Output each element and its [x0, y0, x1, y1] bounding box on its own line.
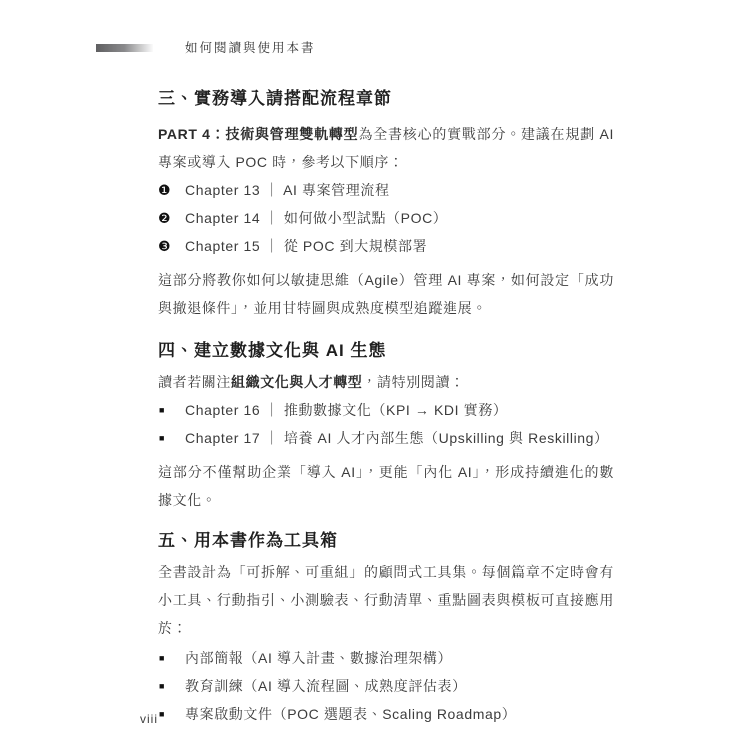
section-4-lead-rest: ，請特別閱讀： [362, 374, 464, 390]
gradient-bar-icon [96, 44, 153, 52]
square-bullet-icon: ■ [158, 402, 173, 418]
list-item-text: Chapter 15 ｜ 從 POC 到大規模部署 [185, 238, 427, 254]
list-item-text: Chapter 16 ｜ 推動數據文化（KPI → KDI 實務） [185, 402, 507, 418]
list-item: ■ 教育訓練（AI 導入流程圖、成熟度評估表） [158, 678, 614, 694]
running-head-title: 如何閱讀與使用本書 [185, 38, 316, 56]
list-item-text: Chapter 13 ｜ AI 專案管理流程 [185, 182, 390, 198]
square-bullet-icon: ■ [158, 430, 173, 446]
circled-three-icon: ❸ [158, 238, 173, 254]
book-page: 如何閱讀與使用本書 三、實務導入請搭配流程章節 PART 4：技術與管理雙軌轉型… [0, 0, 750, 750]
circled-one-icon: ❶ [158, 182, 173, 198]
section-4-lead: 讀者若關注組織文化與人才轉型，請特別閱讀： [158, 368, 614, 396]
page-content: 三、實務導入請搭配流程章節 PART 4：技術與管理雙軌轉型為全書核心的實戰部分… [158, 88, 614, 734]
section-4-chapter-list: ■ Chapter 16 ｜ 推動數據文化（KPI → KDI 實務） ■ Ch… [158, 402, 614, 446]
list-item-text: 專案啟動文件（POC 選題表、Scaling Roadmap） [185, 706, 516, 722]
running-head: 如何閱讀與使用本書 [96, 38, 316, 56]
section-3-heading: 三、實務導入請搭配流程章節 [158, 88, 614, 110]
list-item: ■ 內部簡報（AI 導入計畫、數據治理架構） [158, 650, 614, 666]
list-item: ■ Chapter 17 ｜ 培養 AI 人才內部生態（Upskilling 與… [158, 430, 614, 446]
section-3-lead: PART 4：技術與管理雙軌轉型為全書核心的實戰部分。建議在規劃 AI 專案或導… [158, 120, 614, 176]
list-item-text: Chapter 17 ｜ 培養 AI 人才內部生態（Upskilling 與 R… [185, 430, 609, 446]
section-5-lead: 全書設計為「可拆解、可重組」的顧問式工具集。每個篇章不定時會有小工具、行動指引、… [158, 558, 614, 642]
section-5-tool-list: ■ 內部簡報（AI 導入計畫、數據治理架構） ■ 教育訓練（AI 導入流程圖、成… [158, 650, 614, 722]
list-item-text: 內部簡報（AI 導入計畫、數據治理架構） [185, 650, 452, 666]
list-item-text: Chapter 14 ｜ 如何做小型試點（POC） [185, 210, 447, 226]
section-3-chapter-list: ❶ Chapter 13 ｜ AI 專案管理流程 ❷ Chapter 14 ｜ … [158, 182, 614, 254]
list-item: ❸ Chapter 15 ｜ 從 POC 到大規模部署 [158, 238, 614, 254]
page-number: viii [140, 712, 158, 726]
list-item: ❶ Chapter 13 ｜ AI 專案管理流程 [158, 182, 614, 198]
section-4-lead-pre: 讀者若關注 [158, 374, 231, 390]
list-item: ❷ Chapter 14 ｜ 如何做小型試點（POC） [158, 210, 614, 226]
square-bullet-icon: ■ [158, 678, 173, 694]
section-4-lead-bold: 組織文化與人才轉型 [231, 374, 362, 390]
list-item: ■ 專案啟動文件（POC 選題表、Scaling Roadmap） [158, 706, 614, 722]
section-4-note: 這部分不僅幫助企業「導入 AI」，更能「內化 AI」，形成持續進化的數據文化。 [158, 458, 614, 514]
circled-two-icon: ❷ [158, 210, 173, 226]
section-3-note: 這部分將教你如何以敏捷思維（Agile）管理 AI 專案，如何設定「成功與撤退條… [158, 266, 614, 322]
section-4-heading: 四、建立數據文化與 AI 生態 [158, 340, 614, 362]
section-3-lead-bold: PART 4：技術與管理雙軌轉型 [158, 126, 358, 142]
list-item: ■ Chapter 16 ｜ 推動數據文化（KPI → KDI 實務） [158, 402, 614, 418]
square-bullet-icon: ■ [158, 706, 173, 722]
list-item-text: 教育訓練（AI 導入流程圖、成熟度評估表） [185, 678, 467, 694]
section-5-heading: 五、用本書作為工具箱 [158, 530, 614, 552]
square-bullet-icon: ■ [158, 650, 173, 666]
